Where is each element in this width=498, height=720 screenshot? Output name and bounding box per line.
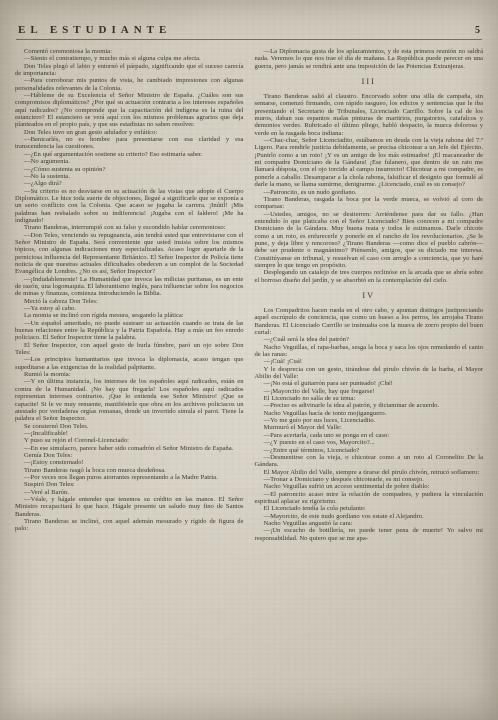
paragraph: —¿Y puesto en el caso vos, Mayorcito?... <box>255 439 484 446</box>
header-rule <box>16 39 482 40</box>
paragraph: Don Teles plegó el labio y entornó el pá… <box>15 63 244 78</box>
paragraph: —¿Algo dirá? <box>15 180 244 187</box>
paragraph: —Véale, y hágale entender que tenemos su… <box>15 496 244 518</box>
paragraph: —No la sustenta. <box>15 173 244 180</box>
page-header: EL ESTUDIANTE 5 <box>0 0 498 36</box>
paragraph: —Veré al Barón. <box>15 489 244 496</box>
paragraph: —¡Indudablemente! La Humanidad que invoc… <box>15 276 244 298</box>
right-column: —La Diplomacia gusta de los aplazamiento… <box>255 48 484 542</box>
paragraph: Gemía Don Teles: <box>15 452 244 459</box>
paragraph: —¡Un escacho de botillería, no puede ten… <box>255 527 484 542</box>
paragraph: —Mayorcito, de este nudo gordiano vos es… <box>255 513 484 520</box>
paragraph: El Señor Inspector, con aquel gesto de b… <box>15 342 244 357</box>
paragraph: Los Compadritos hacen rueda en el otro c… <box>255 307 484 336</box>
paragraph: —Siento el contratiempo, y mucho más si … <box>15 55 244 62</box>
paragraph: —Tronar a Domiciano y después chicotearl… <box>255 476 484 483</box>
paragraph: Nacho Veguillas angustió la cara: <box>255 520 484 527</box>
paragraph: —Hábleme de su Excelencia el Señor Minis… <box>15 92 244 129</box>
paragraph: El Licenciado no salía de su tema: <box>255 395 484 402</box>
masthead-title: EL ESTUDIANTE <box>18 24 171 36</box>
paragraph: Nacho Veguillas, el rapa-barbas, sesga l… <box>255 344 484 359</box>
paragraph: Se consternó Don Teles. <box>15 423 244 430</box>
paragraph: El Licenciado tendía la cola petulante: <box>255 505 484 512</box>
paragraph: Tirano Banderas, interrumpió con su fals… <box>15 224 244 231</box>
paragraph: —La Diplomacia gusta de los aplazamiento… <box>255 48 484 70</box>
paragraph: —Benicarlés, no es hombre para presentar… <box>15 136 244 151</box>
paragraph: —Patroncito, es un nudo gordiano. <box>255 189 484 196</box>
paragraph: Tirano Banderas rasgó la boca con mueca … <box>15 467 244 474</box>
paragraph: —El patroncito acaso mire la relación de… <box>255 491 484 506</box>
paragraph: —¿Entre qué términos, Licenciado? <box>255 447 484 454</box>
paragraph: —Para corroborar mis puntos de vista, he… <box>15 77 244 92</box>
paragraph: —¿Cuál será la idea del patrón? <box>255 336 484 343</box>
paragraph: —Su criterio es no desviarse en su actua… <box>15 188 244 225</box>
paragraph: —Los principios humanitarios que invoca … <box>15 356 244 371</box>
paragraph: —Un español ameritado, no puede sustraer… <box>15 320 244 342</box>
paragraph: Nacho Veguillas hacía de tonto mojigangu… <box>255 410 484 417</box>
paragraph: Comentó ceremoniosa la momia: <box>15 48 244 55</box>
paragraph: —Por veces nos llegan puros atorrantes r… <box>15 474 244 481</box>
paragraph: Suspiró Don Teles: <box>15 481 244 488</box>
text-columns: Comentó ceremoniosa la momia:—Siento el … <box>0 48 498 542</box>
paragraph: —Ustedes, amigos, no se destierren: Arri… <box>255 211 484 270</box>
paragraph: —¡Incalificable! <box>15 430 244 437</box>
paragraph: —Chac-chac, Señor Licenciadito, estábamo… <box>255 137 484 188</box>
paragraph: —Preciso es adivinarle la idea al patrón… <box>255 402 484 409</box>
paragraph: —¡No está el guitarrón para ser punteado… <box>255 380 484 387</box>
paragraph: Meció la cabeza Don Teles: <box>15 298 244 305</box>
paragraph: —Y en última instancia, los intereses de… <box>15 378 244 422</box>
paragraph: —¡Cuá! ¡Cuá! <box>255 358 484 365</box>
paragraph: Desplegando un catalejo de tres cuerpos … <box>255 269 484 284</box>
paragraph: Tirano Banderas salió al claustro. Encor… <box>255 93 484 137</box>
paragraph: La momia se inclinó con rígida mesura, s… <box>15 312 244 319</box>
left-column: Comentó ceremoniosa la momia:—Siento el … <box>15 48 244 542</box>
paragraph: —Yo me guío por sus luces, Licenciadito. <box>255 417 484 424</box>
paragraph: Y le desprecia con un gesto, tirándose d… <box>255 366 484 381</box>
section-heading: III <box>255 77 484 86</box>
paragraph: —¡Mayorcito del Valle, hay que fregarse! <box>255 388 484 395</box>
paragraph: Nacho Veguillas sufrió un acceso sentime… <box>255 483 484 490</box>
paragraph: —¿En qué argumentación sostiene su crite… <box>15 151 244 158</box>
section-heading: IV <box>255 291 484 300</box>
paragraph: El Mayor Abilio del Valle, siempre a tir… <box>255 469 484 476</box>
paragraph: Y puso su rejón el Coronel-Licenciado: <box>15 437 244 444</box>
paragraph: —Ya estoy al cabo. <box>15 305 244 312</box>
paragraph: —Don Teles, venciendo su repugnancia, aú… <box>15 232 244 276</box>
scanned-magazine-page: EL ESTUDIANTE 5 Comentó ceremoniosa la m… <box>0 0 498 720</box>
paragraph: —Desmentirse con la vieja, o chicotear c… <box>255 454 484 469</box>
paragraph: Tirano Banderas, rasgada la boca por la … <box>255 196 484 211</box>
paragraph: —En ese simulacro, parece haber sido com… <box>15 445 244 452</box>
paragraph: —¿Cómo sustenta su opinión? <box>15 166 244 173</box>
paragraph: Tirano Banderas se inclinó, con aquel ad… <box>15 518 244 533</box>
paragraph: Murmuró el Mayor del Valle: <box>255 424 484 431</box>
paragraph: —¡Estoy consternado! <box>15 459 244 466</box>
paragraph: Don Teles tuvo un gran gesto adulador y … <box>15 129 244 136</box>
paragraph: —Para acertarla, cada uno se ponga en el… <box>255 432 484 439</box>
paragraph: Rumió la momia: <box>15 371 244 378</box>
page-number: 5 <box>475 25 480 36</box>
paragraph: —No argumenta. <box>15 158 244 165</box>
